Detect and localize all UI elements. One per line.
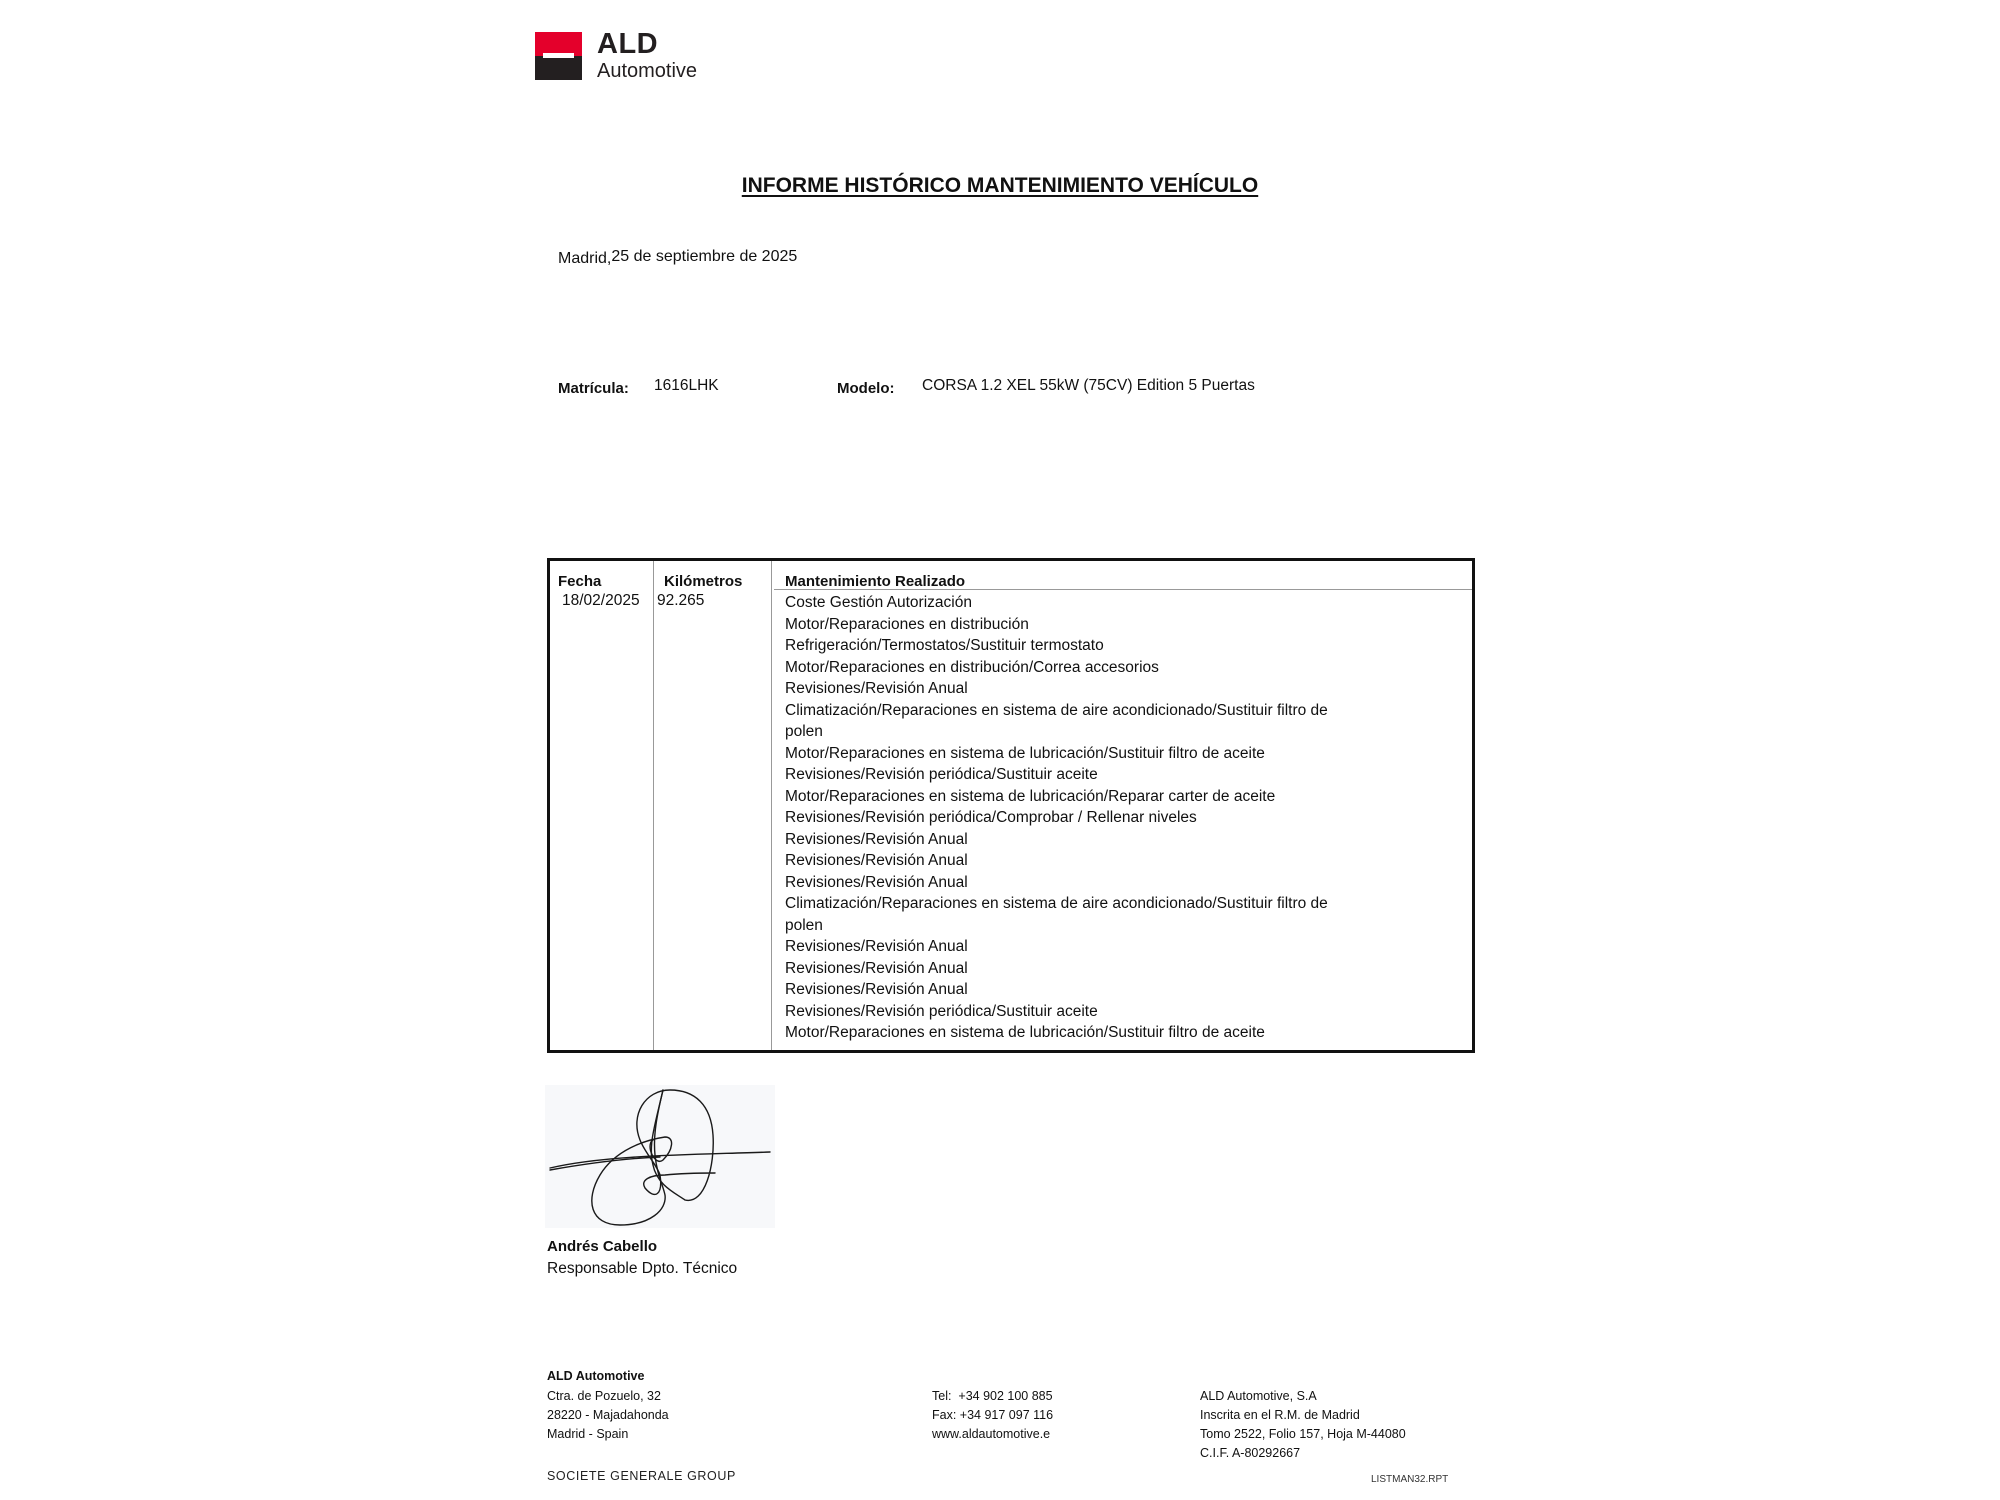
maintenance-item: Coste Gestión Autorización	[785, 592, 1385, 614]
maintenance-table: Fecha Kilómetros Mantenimiento Realizado…	[547, 558, 1475, 1053]
maintenance-item: Motor/Reparaciones en sistema de lubrica…	[785, 1022, 1385, 1044]
maintenance-item: Revisiones/Revisión periódica/Comprobar …	[785, 807, 1385, 829]
column-divider	[653, 561, 654, 1050]
maintenance-items-list: Coste Gestión AutorizaciónMotor/Reparaci…	[785, 592, 1385, 1044]
maintenance-item: Revisiones/Revisión Anual	[785, 829, 1385, 851]
row-date: 18/02/2025	[562, 592, 640, 610]
footer-address-line: 28220 - Majadahonda	[547, 1406, 669, 1425]
model-label: Modelo:	[837, 380, 895, 397]
footer-legal-line: C.I.F. A-80292667	[1200, 1444, 1406, 1463]
footer-legal-line: Inscrita en el R.M. de Madrid	[1200, 1406, 1406, 1425]
footer-company: ALD Automotive	[547, 1367, 644, 1386]
signatory-role: Responsable Dpto. Técnico	[547, 1260, 737, 1278]
maintenance-item: Revisiones/Revisión Anual	[785, 872, 1385, 894]
document-date-line: Madrid,25 de septiembre de 2025	[558, 248, 797, 266]
societe-generale-mark-icon	[535, 32, 582, 80]
header-km: Kilómetros	[664, 573, 742, 590]
header-date: Fecha	[558, 573, 601, 590]
footer-legal-line: ALD Automotive, S.A	[1200, 1387, 1406, 1406]
footer-phone: Tel: +34 902 100 885	[932, 1387, 1053, 1406]
maintenance-item: Motor/Reparaciones en distribución	[785, 614, 1385, 636]
footer-website-link[interactable]: www.aldautomotive.e	[932, 1425, 1053, 1444]
maintenance-item: Climatización/Reparaciones en sistema de…	[785, 700, 1385, 743]
maintenance-item: Revisiones/Revisión periódica/Sustituir …	[785, 764, 1385, 786]
maintenance-item: Revisiones/Revisión Anual	[785, 850, 1385, 872]
ald-automotive-logo: ALD Automotive	[535, 32, 715, 82]
maintenance-item: Revisiones/Revisión Anual	[785, 678, 1385, 700]
plate-label: Matrícula:	[558, 380, 629, 397]
report-code: LISTMAN32.RPT	[1371, 1474, 1448, 1485]
footer-fax: Fax: +34 917 097 116	[932, 1406, 1053, 1425]
footer-address-line: Ctra. de Pozuelo, 32	[547, 1387, 669, 1406]
logo-subtitle: Automotive	[597, 60, 697, 83]
maintenance-item: Motor/Reparaciones en distribución/Corre…	[785, 657, 1385, 679]
footer-contact: Tel: +34 902 100 885 Fax: +34 917 097 11…	[932, 1387, 1053, 1444]
maintenance-item: Climatización/Reparaciones en sistema de…	[785, 893, 1385, 936]
document-city: Madrid,	[558, 250, 611, 267]
footer-legal-line: Tomo 2522, Folio 157, Hoja M-44080	[1200, 1425, 1406, 1444]
signature-scribble-icon	[545, 1085, 775, 1228]
maintenance-item: Revisiones/Revisión Anual	[785, 958, 1385, 980]
logo-brand: ALD	[597, 28, 658, 61]
column-divider	[771, 561, 772, 1050]
footer-legal: ALD Automotive, S.A Inscrita en el R.M. …	[1200, 1387, 1406, 1463]
footer-address: Ctra. de Pozuelo, 32 28220 - Majadahonda…	[547, 1387, 669, 1444]
header-maintenance: Mantenimiento Realizado	[785, 573, 965, 590]
footer-group-name: SOCIETE GENERALE GROUP	[547, 1469, 736, 1483]
footer-address-line: Madrid - Spain	[547, 1425, 669, 1444]
maintenance-item: Motor/Reparaciones en sistema de lubrica…	[785, 786, 1385, 808]
maintenance-item: Revisiones/Revisión periódica/Sustituir …	[785, 1001, 1385, 1023]
document-title: INFORME HISTÓRICO MANTENIMIENTO VEHÍCULO	[0, 174, 2000, 198]
signature-image	[545, 1085, 775, 1228]
signatory-name: Andrés Cabello	[547, 1238, 657, 1255]
maintenance-item: Motor/Reparaciones en sistema de lubrica…	[785, 743, 1385, 765]
maintenance-item: Refrigeración/Termostatos/Sustituir term…	[785, 635, 1385, 657]
plate-value: 1616LHK	[654, 377, 719, 395]
maintenance-item: Revisiones/Revisión Anual	[785, 936, 1385, 958]
document-date: 25 de septiembre de 2025	[611, 248, 797, 265]
row-km: 92.265	[657, 592, 704, 610]
maintenance-item: Revisiones/Revisión Anual	[785, 979, 1385, 1001]
model-value: CORSA 1.2 XEL 55kW (75CV) Edition 5 Puer…	[922, 377, 1255, 395]
